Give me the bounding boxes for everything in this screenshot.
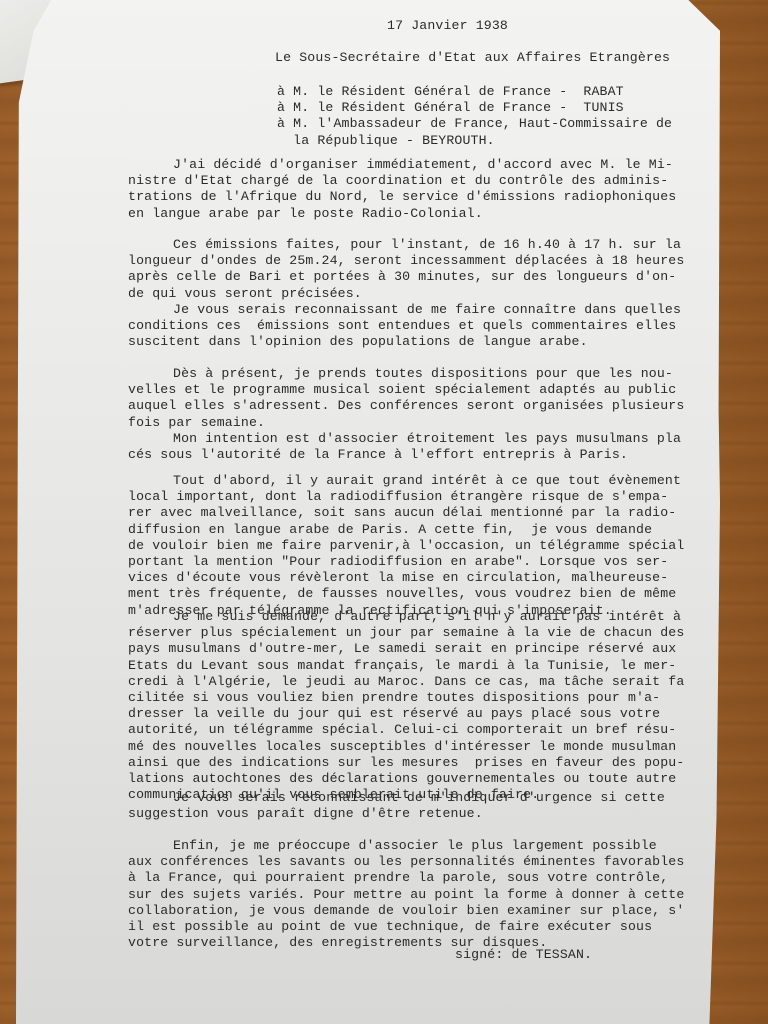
text-line: Tout d'abord, il y aurait grand intérêt … bbox=[173, 473, 681, 489]
text-line: cés sous l'autorité de la France à l'eff… bbox=[128, 447, 628, 463]
text-line: lations autochtones des déclarations gou… bbox=[128, 771, 676, 787]
text-line: de vouloir bien me faire parvenir,à l'oc… bbox=[128, 538, 684, 554]
text-line: conditions ces émissions sont entendues … bbox=[128, 318, 676, 334]
text-line: Etats du Levant sous mandat français, le… bbox=[128, 658, 676, 674]
text-line: trations de l'Afrique du Nord, le servic… bbox=[128, 189, 676, 205]
text-line: Mon intention est d'associer étroitement… bbox=[173, 431, 681, 447]
text-line: local important, dont la radiodiffusion … bbox=[128, 489, 668, 505]
text-line: Je vous serais reconnaissant de m'indiqu… bbox=[173, 790, 665, 806]
text-line: fois par semaine. bbox=[128, 415, 265, 431]
recipient-line: à M. le Résident Général de France - RAB… bbox=[277, 84, 624, 100]
text-line: en langue arabe par le poste Radio-Colon… bbox=[128, 206, 483, 222]
letter-date: 17 Janvier 1938 bbox=[387, 18, 508, 34]
text-line: Ces émissions faites, pour l'instant, de… bbox=[173, 237, 681, 253]
text-line: sur des sujets variés. Pour mettre au po… bbox=[128, 887, 684, 903]
text-line: pays musulmans d'outre-mer, Le samedi se… bbox=[128, 641, 676, 657]
text-line: Je me suis demandé, d'autre part, s'il n… bbox=[173, 609, 681, 625]
text-line: cilitée si vous vouliez bien prendre tou… bbox=[128, 690, 660, 706]
text-line: diffusion en langue arabe de Paris. A ce… bbox=[128, 522, 652, 538]
text-line: vices d'écoute vous révèleront la mise e… bbox=[128, 570, 668, 586]
recipient-line: à M. l'Ambassadeur de France, Haut-Commi… bbox=[277, 116, 672, 132]
text-line: auquel elles s'adressent. Des conférence… bbox=[128, 398, 684, 414]
text-line: Enfin, je me préoccupe d'associer le plu… bbox=[173, 838, 657, 854]
text-line: portant la mention "Pour radiodiffusion … bbox=[128, 554, 668, 570]
text-line: après celle de Bari et portées à 30 minu… bbox=[128, 269, 676, 285]
text-line: ment très fréquente, de fausses nouvelle… bbox=[128, 586, 676, 602]
text-line: J'ai décidé d'organiser immédiatement, d… bbox=[173, 157, 673, 173]
text-line: Je vous serais reconnaissant de me faire… bbox=[173, 302, 681, 318]
text-line: nistre d'Etat chargé de la coordination … bbox=[128, 173, 668, 189]
text-line: rer avec malveillance, soit sans aucun d… bbox=[128, 505, 676, 521]
text-line: collaboration, je vous demande de vouloi… bbox=[128, 903, 684, 919]
text-line: velles et le programme musical soient sp… bbox=[128, 382, 676, 398]
text-line: credi à l'Algérie, le jeudi au Maroc. Da… bbox=[128, 674, 684, 690]
text-line: réserver plus spécialement un jour par s… bbox=[128, 625, 684, 641]
text-line: dresser la veille du jour qui est réserv… bbox=[128, 706, 660, 722]
letter-sender: Le Sous-Secrétaire d'Etat aux Affaires E… bbox=[275, 50, 670, 66]
text-line: mé des nouvelles locales susceptibles d'… bbox=[128, 739, 676, 755]
text-line: longueur d'ondes de 25m.24, seront inces… bbox=[128, 253, 684, 269]
text-line: aux conférences les savants ou les perso… bbox=[128, 854, 684, 870]
text-line: de qui vous seront précisées. bbox=[128, 286, 362, 302]
recipient-line: à M. le Résident Général de France - TUN… bbox=[277, 100, 624, 116]
typed-letter: 17 Janvier 1938 Le Sous-Secrétaire d'Eta… bbox=[0, 0, 768, 1024]
text-line: Dès à présent, je prends toutes disposit… bbox=[173, 366, 673, 382]
text-line: suscitent dans l'opinion des populations… bbox=[128, 334, 588, 350]
text-line: il est possible au point de vue techniqu… bbox=[128, 919, 652, 935]
text-line: suggestion vous paraît digne d'être rete… bbox=[128, 806, 483, 822]
text-line: à la France, qui pourraient prendre la p… bbox=[128, 870, 668, 886]
text-line: autorité, un télégramme spécial. Celui-c… bbox=[128, 722, 676, 738]
signature: signé: de TESSAN. bbox=[455, 947, 592, 963]
text-line: ainsi que des indications sur les mesure… bbox=[128, 755, 684, 771]
recipient-line: la République - BEYROUTH. bbox=[277, 133, 495, 149]
